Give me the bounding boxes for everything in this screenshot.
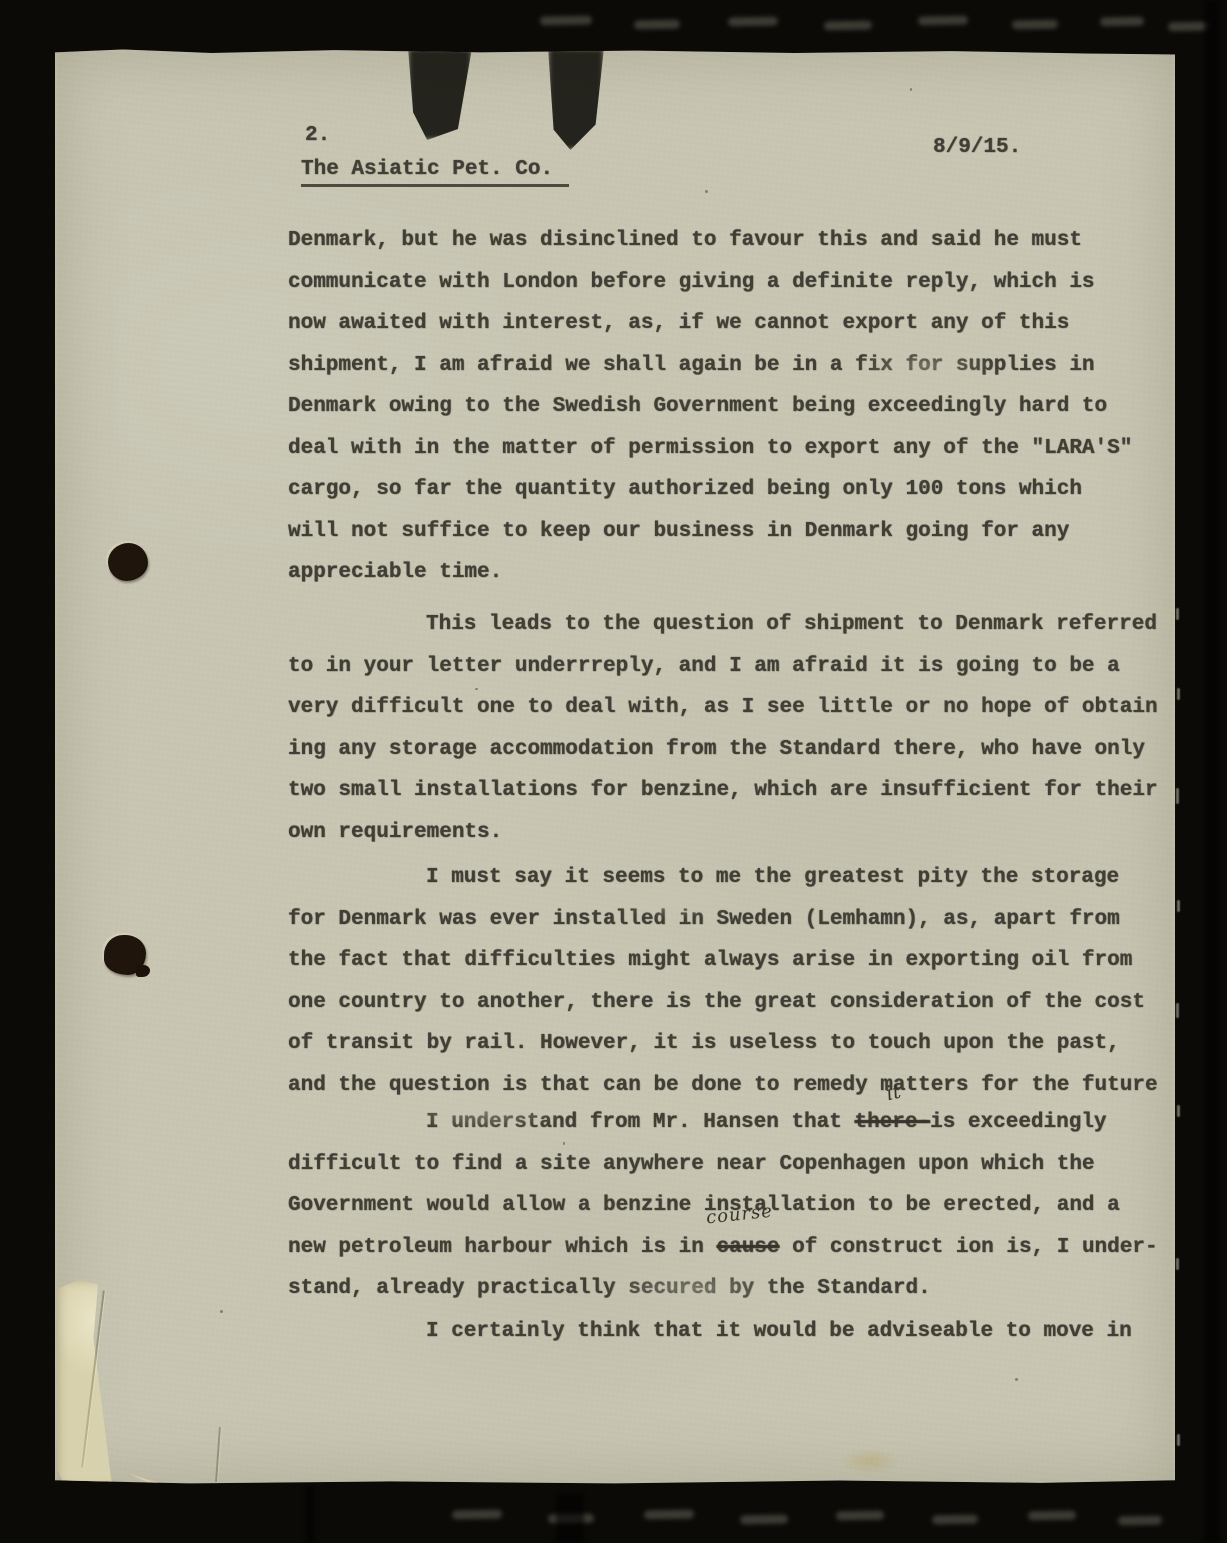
edge-tick — [1177, 688, 1180, 700]
paper-speck — [220, 1310, 223, 1313]
film-smudge — [1168, 22, 1208, 32]
edge-tick — [1176, 1258, 1179, 1270]
typed-line: now awaited with interest, as, if we can… — [288, 303, 1172, 345]
typed-text: stand, already practically secured by th… — [288, 1277, 931, 1300]
typed-text: communicate with London before giving a … — [288, 271, 1095, 294]
typed-line: very difficult one to deal with, as I se… — [288, 687, 1172, 729]
typed-text: difficult to find a site anywhere near C… — [288, 1153, 1095, 1176]
typed-line: communicate with London before giving a … — [288, 262, 1172, 304]
typed-text: very difficult one to deal with, as I se… — [288, 696, 1158, 719]
film-smudge — [932, 1515, 978, 1525]
paper-crease — [215, 1427, 221, 1482]
typed-text: shipment, I am afraid we shall again be … — [288, 354, 1095, 377]
typed-line: Denmark owing to the Swedish Government … — [288, 386, 1172, 428]
typed-text: the fact that difficulties might always … — [288, 949, 1132, 972]
typed-line: I must say it seems to me the greatest p… — [288, 857, 1172, 899]
typed-text: This leads to the question of shipment t… — [426, 613, 1157, 636]
film-smudge — [1028, 1511, 1076, 1521]
paper-speck — [705, 190, 708, 193]
typed-line: deal with in the matter of permission to… — [288, 428, 1172, 470]
paper-speck — [1015, 1378, 1018, 1381]
typed-line: appreciable time. — [288, 552, 1172, 594]
typed-text: new petroleum harbour which is in — [288, 1236, 716, 1259]
edge-tick — [1176, 1003, 1179, 1018]
film-smudge — [824, 21, 872, 31]
punch-hole — [104, 935, 146, 975]
film-smudge — [540, 16, 592, 26]
typed-line: own requirements. — [288, 812, 1172, 854]
typed-text: Denmark owing to the Swedish Government … — [288, 395, 1107, 418]
struck-text: there- — [854, 1111, 930, 1134]
typed-text: own requirements. — [288, 821, 502, 844]
punch-hole — [108, 543, 148, 581]
typed-line: of transit by rail. However, it is usele… — [288, 1023, 1172, 1065]
typed-line: I certainly think that it would be advis… — [288, 1311, 1172, 1353]
film-streak — [556, 1494, 584, 1543]
typed-text: deal with in the matter of permission to… — [288, 437, 1132, 460]
film-smudge — [1100, 17, 1144, 27]
film-smudge — [740, 1515, 788, 1525]
edge-tick — [1176, 608, 1179, 620]
typed-line: the fact that difficulties might always … — [288, 940, 1172, 982]
top-edge-fold-shadow — [408, 48, 472, 140]
edge-tick — [1177, 1105, 1180, 1117]
typed-line: and the question is that can be done to … — [288, 1065, 1172, 1107]
paragraph: I certainly think that it would be advis… — [288, 1311, 1172, 1353]
punch-hole-tear — [136, 965, 150, 977]
typed-line: ing any storage accommodation from the S… — [288, 729, 1172, 771]
typed-text: of transit by rail. However, it is usele… — [288, 1032, 1120, 1055]
typed-text: cargo, so far the quantity authorized be… — [288, 478, 1082, 501]
typed-line: Denmark, but he was disinclined to favou… — [288, 220, 1172, 262]
paper-speck — [563, 1142, 565, 1145]
paragraph: Denmark, but he was disinclined to favou… — [288, 220, 1172, 594]
typed-line: new petroleum harbour which is in causec… — [288, 1227, 1172, 1269]
film-smudge — [1012, 20, 1058, 30]
document-title: The Asiatic Pet. Co. — [301, 158, 569, 187]
typed-text: appreciable time. — [288, 561, 502, 584]
typed-text: ing any storage accommodation from the S… — [288, 738, 1145, 761]
typed-line: for Denmark was ever installed in Sweden… — [288, 899, 1172, 941]
top-edge-fold-shadow — [548, 48, 604, 150]
typed-line: one country to another, there is the gre… — [288, 982, 1172, 1024]
document-date: 8/9/15. — [933, 136, 1021, 159]
typed-text: Government would allow a benzine install… — [288, 1194, 1120, 1217]
typed-text: Denmark, but he was disinclined to favou… — [288, 229, 1082, 252]
typed-line: difficult to find a site anywhere near C… — [288, 1144, 1172, 1186]
paper-speck — [910, 88, 912, 91]
typed-line: This leads to the question of shipment t… — [288, 604, 1172, 646]
edge-tick — [1176, 788, 1179, 804]
typed-text: to in your letter underrreply, and I am … — [288, 655, 1120, 678]
paragraph: I must say it seems to me the greatest p… — [288, 857, 1172, 1106]
struck-text: cause — [716, 1236, 779, 1259]
film-smudge — [644, 1510, 694, 1520]
film-smudge — [728, 17, 778, 27]
typed-line: I understand from Mr. Hansen that there-… — [288, 1102, 1172, 1144]
typed-text: one country to another, there is the gre… — [288, 991, 1145, 1014]
typed-line: shipment, I am afraid we shall again be … — [288, 345, 1172, 387]
typed-text: and the question is that can be done to … — [288, 1074, 1158, 1097]
film-smudge — [452, 1510, 502, 1520]
paragraph: This leads to the question of shipment t… — [288, 604, 1172, 853]
film-smudge — [634, 20, 680, 30]
edge-tick — [1177, 900, 1180, 912]
typed-line: cargo, so far the quantity authorized be… — [288, 469, 1172, 511]
paragraph: I understand from Mr. Hansen that there-… — [288, 1102, 1172, 1310]
typed-text: I must say it seems to me the greatest p… — [426, 866, 1119, 889]
folded-corner — [58, 1280, 176, 1488]
corner-crease — [81, 1291, 105, 1468]
typed-line: will not suffice to keep our business in… — [288, 511, 1172, 553]
correction-anchor: causecourse — [716, 1227, 779, 1269]
typed-text: I certainly think that it would be advis… — [426, 1320, 1132, 1343]
film-streak — [306, 1486, 315, 1543]
film-smudge — [1118, 1516, 1162, 1526]
film-smudge — [918, 16, 968, 26]
scan-background: { "scan": { "background_color": "#0c0a07… — [0, 0, 1227, 1543]
underlying-sheet — [58, 1280, 176, 1488]
typed-text: is exceedingly — [930, 1111, 1106, 1134]
typed-line: to in your letter underrreply, and I am … — [288, 646, 1172, 688]
edge-tick — [1177, 1434, 1180, 1446]
typed-text: two small installations for benzine, whi… — [288, 779, 1158, 802]
typed-text: will not suffice to keep our business in… — [288, 520, 1069, 543]
letter-page: 2. 8/9/15. The Asiatic Pet. Co. Denmark,… — [55, 48, 1175, 1486]
typed-text: now awaited with interest, as, if we can… — [288, 312, 1069, 335]
typed-text: for Denmark was ever installed in Sweden… — [288, 908, 1120, 931]
typed-text: of construct ion is, I under- — [780, 1236, 1158, 1259]
typed-line: stand, already practically secured by th… — [288, 1268, 1172, 1310]
page-number: 2. — [305, 124, 330, 147]
film-smudge — [836, 1511, 884, 1521]
correction-anchor: there-it — [854, 1102, 930, 1144]
paper-stain — [840, 1448, 900, 1474]
typed-text: I understand from Mr. Hansen that — [426, 1111, 854, 1134]
typed-line: two small installations for benzine, whi… — [288, 770, 1172, 812]
film-streak — [1204, 0, 1220, 1543]
paper-speck — [475, 688, 478, 690]
